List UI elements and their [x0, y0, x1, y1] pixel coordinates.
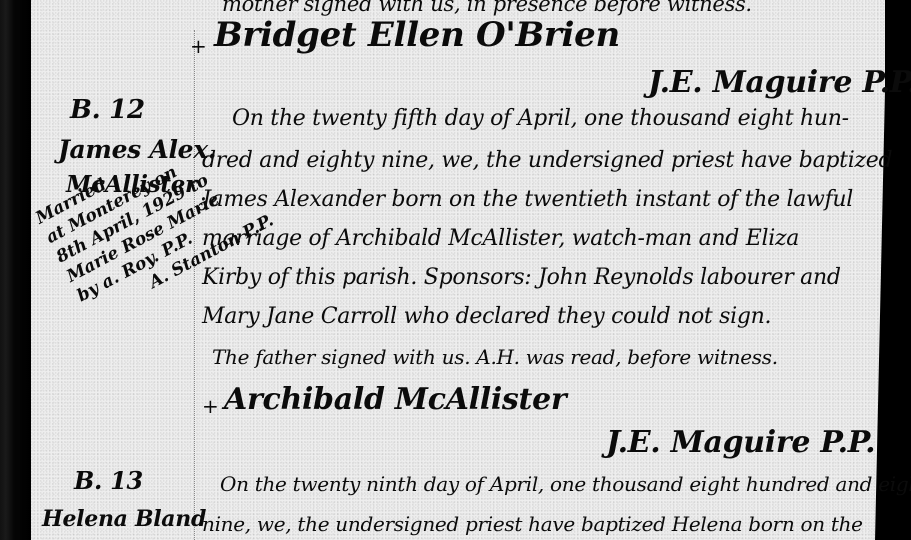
priest-signature: J.E. Maguire P.P.	[648, 68, 911, 98]
entry-body-line: The father signed with us. A.H. was read…	[212, 347, 778, 367]
entry-body-line: James Alexander born on the twentieth in…	[202, 189, 853, 211]
margin-child-name: Helena Bland	[42, 508, 206, 530]
document-viewer: mother signed with us, in presence befor…	[0, 0, 911, 540]
father-signature: Archibald McAllister	[224, 385, 566, 415]
entry-body-line: Mary Jane Carroll who declared they coul…	[202, 306, 771, 328]
margin-rule	[194, 30, 195, 540]
entry-body-line: Kirby of this parish. Sponsors: John Rey…	[202, 267, 841, 289]
entry-body-line: nine, we, the undersigned priest have ba…	[202, 514, 863, 534]
entry-body-line: dred and eighty nine, we, the undersigne…	[202, 150, 892, 172]
entry-body-line: On the twenty ninth day of April, one th…	[220, 474, 911, 494]
priest-signature: J.E. Maguire P.P.	[606, 428, 875, 458]
entry-body-line: On the twenty fifth day of April, one th…	[232, 108, 849, 130]
entry-number: B. 13	[74, 469, 143, 493]
signature-mark: +	[202, 396, 218, 416]
scan-left-border	[0, 0, 31, 540]
entry-number: B. 12	[70, 97, 145, 123]
entry-body-line: marriage of Archibald McAllister, watch-…	[202, 228, 799, 250]
signature-mark: +	[190, 36, 206, 56]
previous-entry-closing-line: mother signed with us, in presence befor…	[222, 0, 752, 15]
previous-entry-signatory: Bridget Ellen O'Brien	[214, 18, 620, 52]
